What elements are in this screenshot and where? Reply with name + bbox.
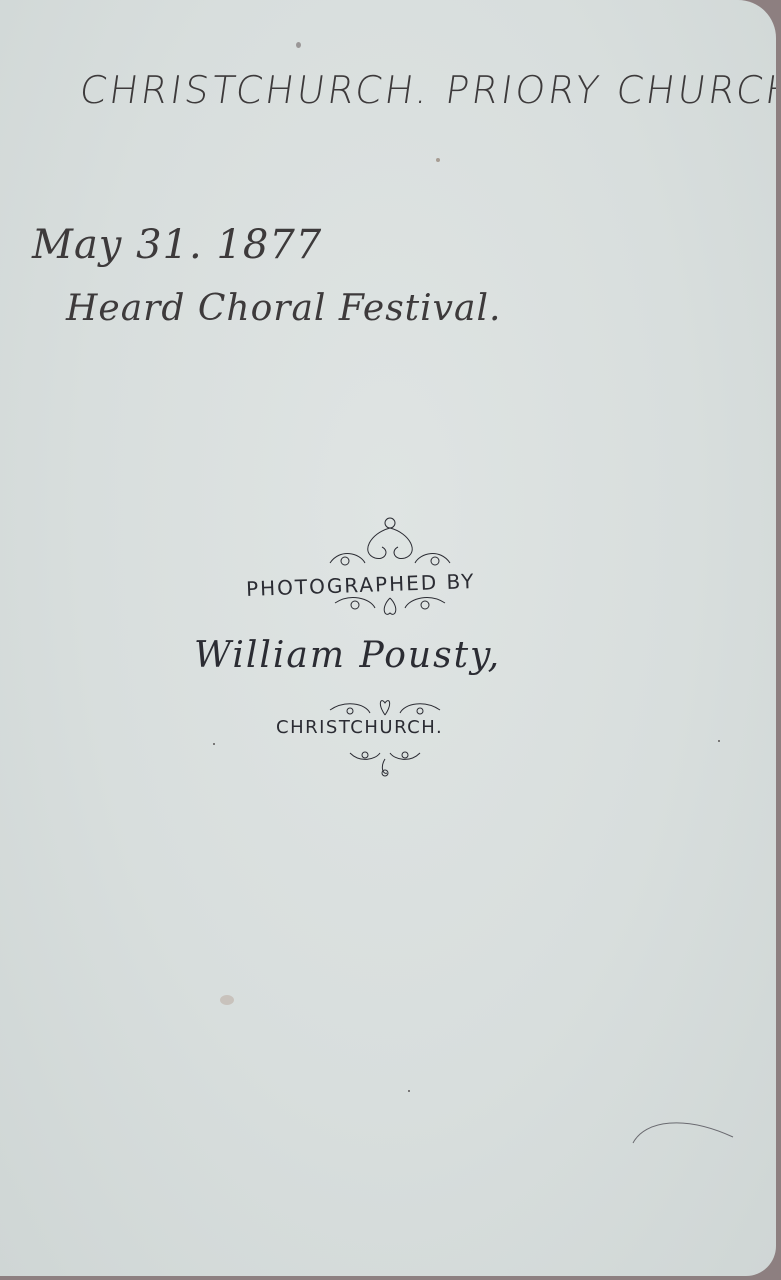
speck [436,158,440,162]
stain [220,995,234,1005]
speck [213,743,215,745]
photographer-name: William Pousty, [194,635,501,676]
speck [408,1090,410,1092]
lower-flourish-icon [325,695,445,719]
town-label: CHRISTCHURCH. [276,717,443,738]
handwritten-note: Heard Choral Festival. [66,288,501,329]
pencil-mark-icon [630,1115,740,1145]
bottom-flourish-icon [345,745,425,779]
handwritten-title: CHRISTCHURCH. PRIORY CHURCH [77,68,776,112]
speck [718,740,720,742]
photo-card-back: CHRISTCHURCH. PRIORY CHURCH May 31. 1877… [0,0,776,1276]
middle-flourish-icon [330,593,450,623]
handwritten-date: May 31. 1877 [32,222,322,268]
top-flourish-icon [320,513,460,573]
photographer-imprint: PHOTOGRAPHED BY William Pousty, CHRISTCH… [180,505,600,785]
speck [296,42,301,48]
